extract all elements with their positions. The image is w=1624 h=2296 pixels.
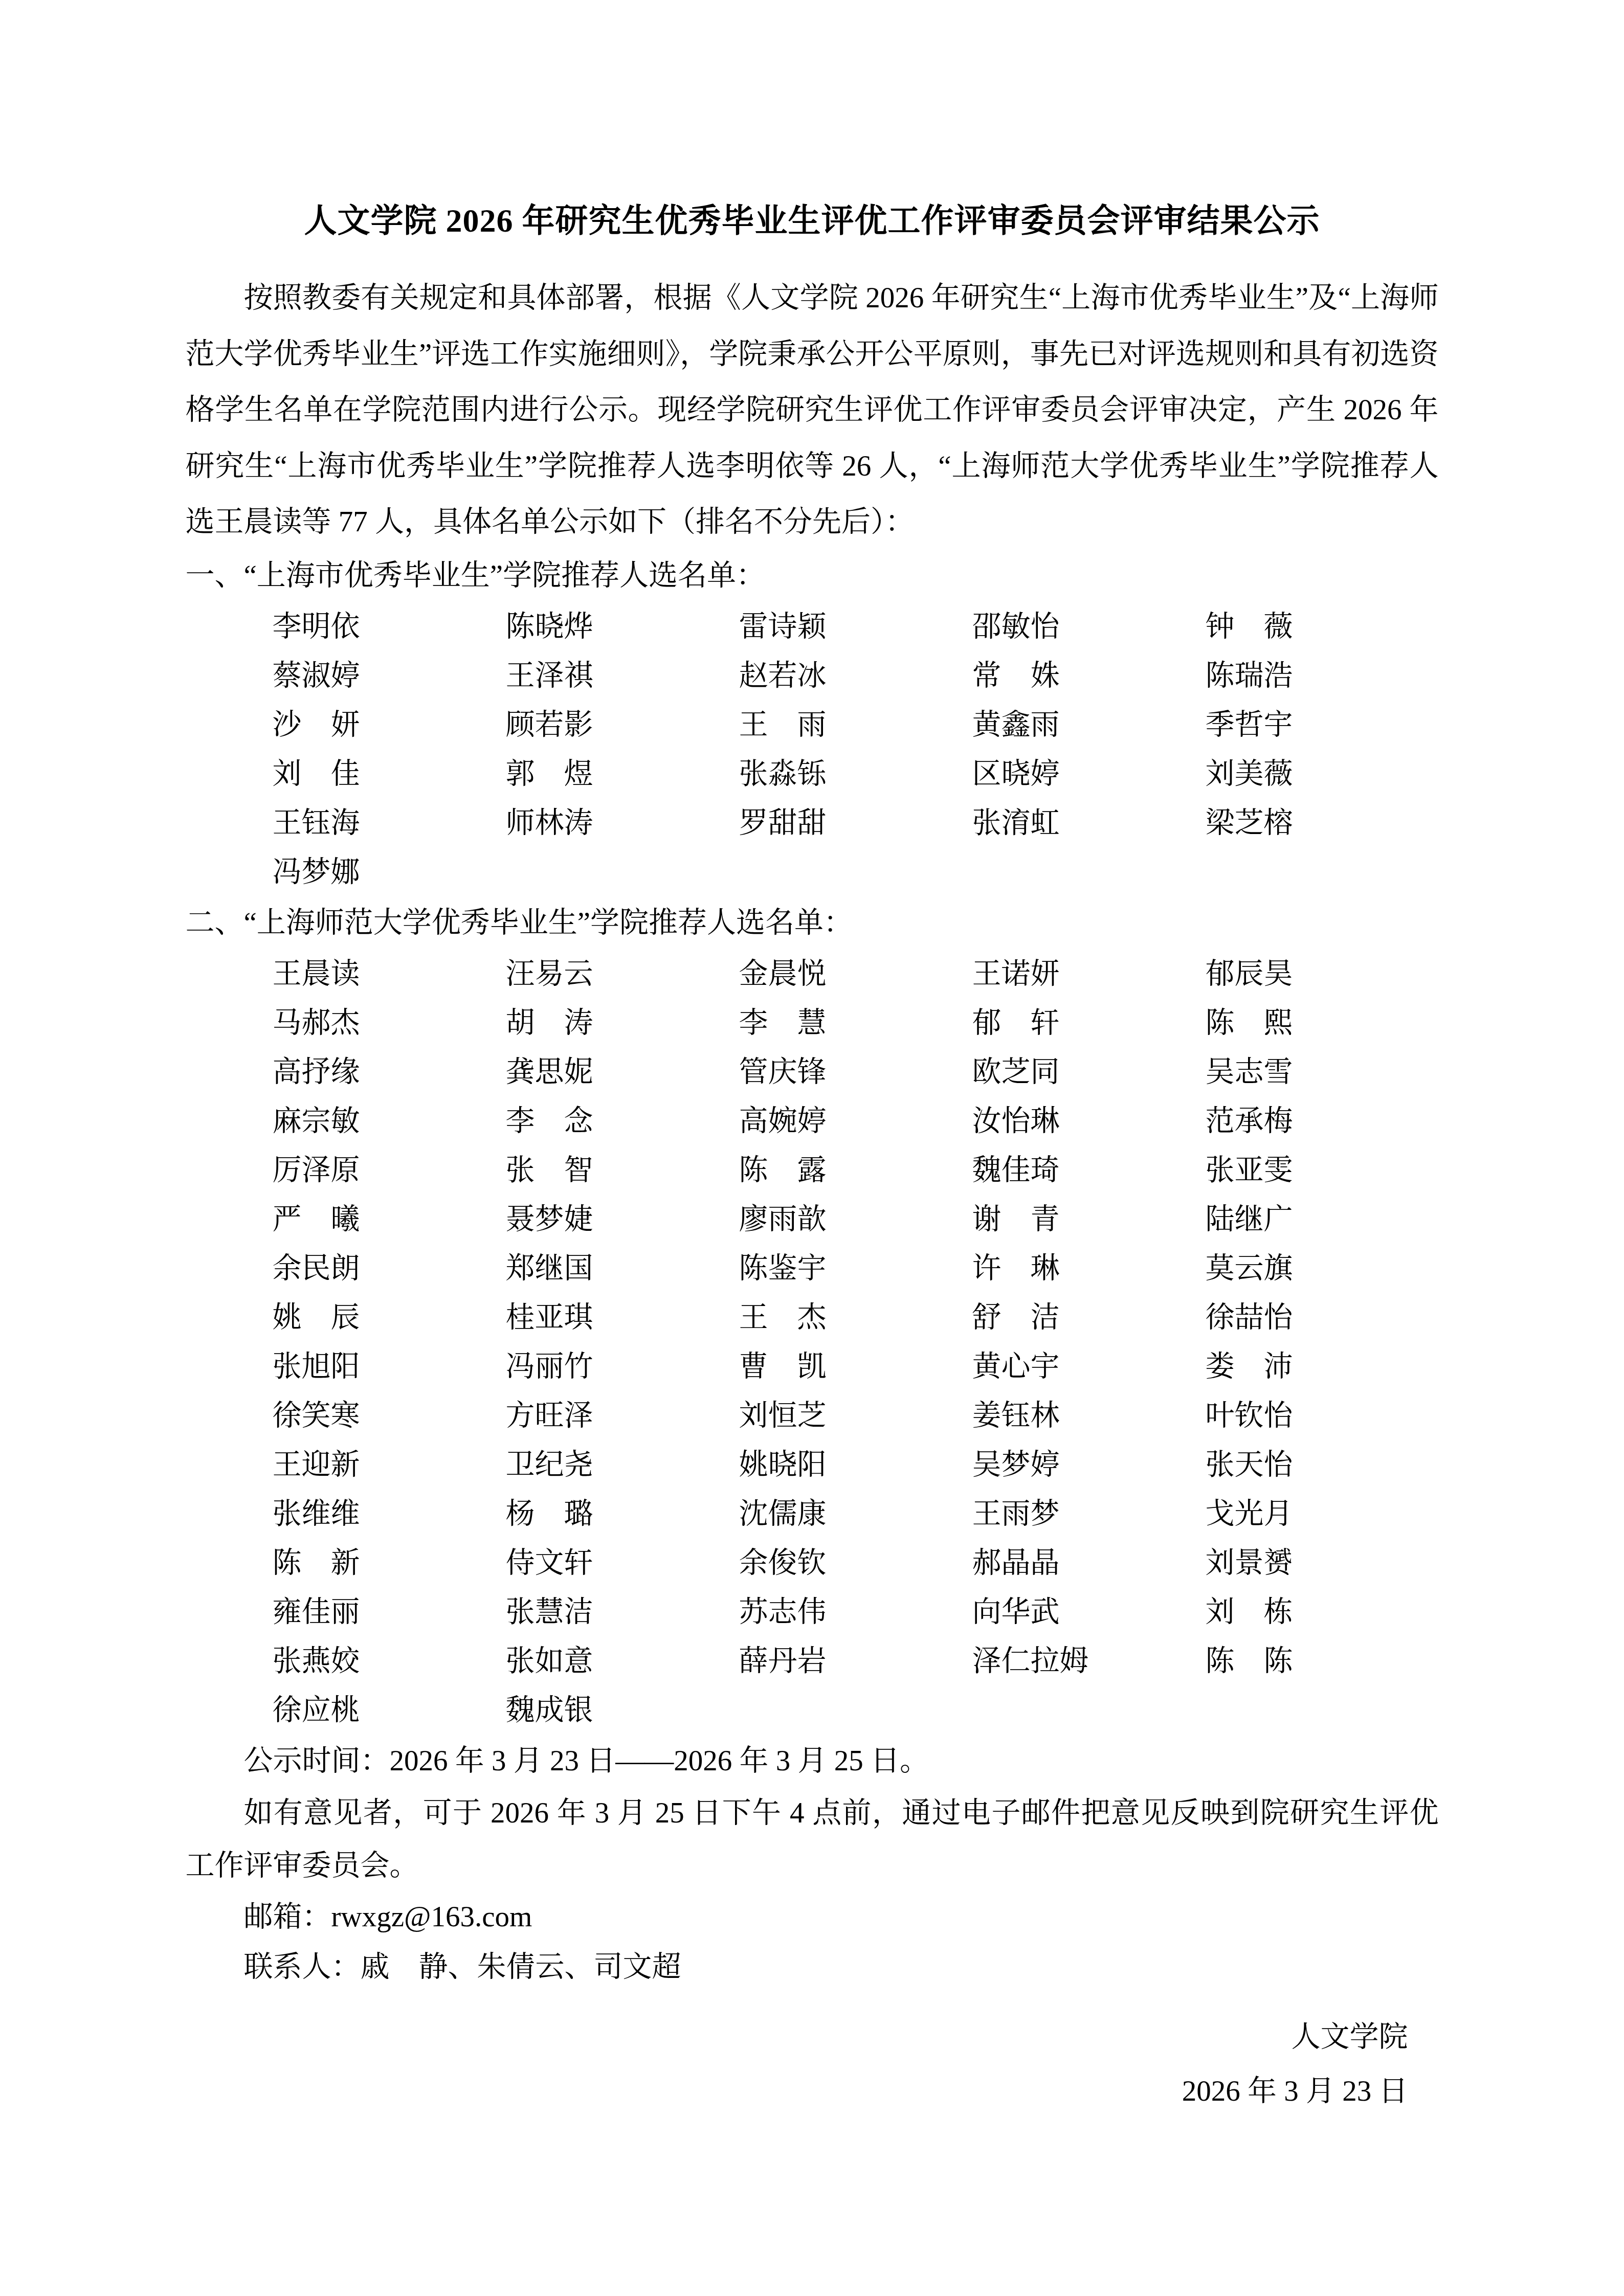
name-item: 王诺妍 <box>972 950 1206 999</box>
name-item: 桂亚琪 <box>506 1293 739 1342</box>
intro-paragraph: 按照教委有关规定和具体部署，根据《人文学院 2026 年研究生“上海市优秀毕业生… <box>186 270 1439 550</box>
name-item: 冯丽竹 <box>506 1342 739 1391</box>
name-item: 汝怡琳 <box>972 1097 1206 1146</box>
name-item: 沈儒康 <box>739 1490 972 1539</box>
name-item: 向华武 <box>972 1588 1206 1637</box>
name-item: 魏佳琦 <box>972 1146 1206 1195</box>
name-item: 张 智 <box>506 1146 739 1195</box>
name-item: 侍文轩 <box>506 1539 739 1588</box>
name-item: 徐应桃 <box>273 1686 506 1735</box>
name-item: 刘 佳 <box>273 750 506 799</box>
name-item: 张淯虹 <box>972 799 1206 848</box>
name-item: 泽仁拉姆 <box>972 1637 1206 1686</box>
name-item: 蔡淑婷 <box>273 651 506 701</box>
name-item: 苏志伟 <box>739 1588 972 1637</box>
name-item: 薛丹岩 <box>739 1637 972 1686</box>
name-item: 吴志雪 <box>1206 1048 1439 1097</box>
name-item: 廖雨歆 <box>739 1195 972 1244</box>
name-item: 姚晓阳 <box>739 1440 972 1490</box>
feedback-note-line: 如有意见者，可于 2026 年 3 月 25 日下午 4 点前，通过电子邮件把意… <box>186 1787 1439 1892</box>
name-item: 刘美薇 <box>1206 750 1439 799</box>
name-item: 陈瑞浩 <box>1206 651 1439 701</box>
signature-org: 人文学院 <box>186 2010 1408 2064</box>
name-item: 麻宗敏 <box>273 1097 506 1146</box>
page-title: 人文学院 2026 年研究生优秀毕业生评优工作评审委员会评审结果公示 <box>186 199 1439 242</box>
name-item: 曹 凯 <box>739 1342 972 1391</box>
document-canvas: { "document": { "title": "人文学院 2026 年研究生… <box>0 0 1624 2296</box>
name-item: 郁辰昊 <box>1206 950 1439 999</box>
name-item: 魏成银 <box>506 1686 739 1735</box>
name-item: 张淼铄 <box>739 750 972 799</box>
name-item: 师林涛 <box>506 799 739 848</box>
name-item: 叶钦怡 <box>1206 1391 1439 1440</box>
name-item: 郁 轩 <box>972 999 1206 1048</box>
name-item: 顾若影 <box>506 701 739 750</box>
section1-heading: 一、“上海市优秀毕业生”学院推荐人选名单： <box>186 550 1439 602</box>
section1-name-list: 李明依陈晓烨雷诗颖邵敏怡钟 薇蔡淑婷王泽祺赵若冰常 姝陈瑞浩沙 妍顾若影王 雨黄… <box>186 602 1439 897</box>
name-item: 梁芝榕 <box>1206 799 1439 848</box>
name-item: 吴梦婷 <box>972 1440 1206 1490</box>
name-item: 胡 涛 <box>506 999 739 1048</box>
name-item: 聂梦婕 <box>506 1195 739 1244</box>
name-item: 黄心宇 <box>972 1342 1206 1391</box>
name-item: 管庆锋 <box>739 1048 972 1097</box>
name-item: 陈 新 <box>273 1539 506 1588</box>
name-item: 欧芝同 <box>972 1048 1206 1097</box>
signature-block: 人文学院 2026 年 3 月 23 日 <box>186 2010 1439 2118</box>
name-item: 余俊钦 <box>739 1539 972 1588</box>
name-item: 余民朗 <box>273 1244 506 1293</box>
name-item: 王雨梦 <box>972 1490 1206 1539</box>
contacts-line: 联系人：戚 静、朱倩云、司文超 <box>186 1942 1439 1992</box>
name-item: 雷诗颖 <box>739 602 972 651</box>
name-item: 范承梅 <box>1206 1097 1439 1146</box>
name-item: 张旭阳 <box>273 1342 506 1391</box>
name-item: 黄鑫雨 <box>972 701 1206 750</box>
name-item: 李 念 <box>506 1097 739 1146</box>
email-line: 邮箱：rwxgz@163.com <box>186 1892 1439 1942</box>
name-item: 冯梦娜 <box>273 848 506 897</box>
name-item: 陆继广 <box>1206 1195 1439 1244</box>
name-item: 舒 洁 <box>972 1293 1206 1342</box>
publicity-period-line: 公示时间：2026 年 3 月 23 日——2026 年 3 月 25 日。 <box>186 1735 1439 1788</box>
name-item: 徐喆怡 <box>1206 1293 1439 1342</box>
name-item: 王 杰 <box>739 1293 972 1342</box>
name-item: 郭 煜 <box>506 750 739 799</box>
name-item: 张慧洁 <box>506 1588 739 1637</box>
name-item: 许 琳 <box>972 1244 1206 1293</box>
name-item: 汪易云 <box>506 950 739 999</box>
section2-heading: 二、“上海师范大学优秀毕业生”学院推荐人选名单： <box>186 897 1439 950</box>
name-item: 方旺泽 <box>506 1391 739 1440</box>
name-item: 高抒缘 <box>273 1048 506 1097</box>
name-item: 王钰海 <box>273 799 506 848</box>
section2-name-list: 王晨读汪易云金晨悦王诺妍郁辰昊马郝杰胡 涛李 慧郁 轩陈 熙高抒缘龚思妮管庆锋欧… <box>186 950 1439 1735</box>
name-item: 区晓婷 <box>972 750 1206 799</box>
name-item: 钟 薇 <box>1206 602 1439 651</box>
name-item: 陈鉴宇 <box>739 1244 972 1293</box>
name-item: 谢 青 <box>972 1195 1206 1244</box>
name-item: 李明依 <box>273 602 506 651</box>
name-item: 厉泽原 <box>273 1146 506 1195</box>
name-item: 王 雨 <box>739 701 972 750</box>
name-item: 张维维 <box>273 1490 506 1539</box>
name-item: 刘景赟 <box>1206 1539 1439 1588</box>
name-item: 卫纪尧 <box>506 1440 739 1490</box>
name-item: 王迎新 <box>273 1440 506 1490</box>
name-item: 马郝杰 <box>273 999 506 1048</box>
name-item: 郝晶晶 <box>972 1539 1206 1588</box>
name-item: 龚思妮 <box>506 1048 739 1097</box>
name-item: 沙 妍 <box>273 701 506 750</box>
name-item: 陈晓烨 <box>506 602 739 651</box>
name-item: 季哲宇 <box>1206 701 1439 750</box>
name-item: 雍佳丽 <box>273 1588 506 1637</box>
name-item: 常 姝 <box>972 651 1206 701</box>
name-item: 郑继国 <box>506 1244 739 1293</box>
name-item: 金晨悦 <box>739 950 972 999</box>
document-page: 人文学院 2026 年研究生优秀毕业生评优工作评审委员会评审结果公示 按照教委有… <box>186 0 1439 2118</box>
name-item: 邵敏怡 <box>972 602 1206 651</box>
name-item: 赵若冰 <box>739 651 972 701</box>
name-item: 严 曦 <box>273 1195 506 1244</box>
name-item: 李 慧 <box>739 999 972 1048</box>
name-item: 徐笑寒 <box>273 1391 506 1440</box>
name-item: 刘恒芝 <box>739 1391 972 1440</box>
name-item: 高婉婷 <box>739 1097 972 1146</box>
name-item: 娄 沛 <box>1206 1342 1439 1391</box>
name-item: 王泽祺 <box>506 651 739 701</box>
name-item: 杨 璐 <box>506 1490 739 1539</box>
name-item: 陈 陈 <box>1206 1637 1439 1686</box>
name-item: 刘 栋 <box>1206 1588 1439 1637</box>
name-item: 张如意 <box>506 1637 739 1686</box>
name-item: 陈 露 <box>739 1146 972 1195</box>
name-item: 张燕姣 <box>273 1637 506 1686</box>
name-item: 姜钰林 <box>972 1391 1206 1440</box>
name-item: 莫云旗 <box>1206 1244 1439 1293</box>
name-item: 王晨读 <box>273 950 506 999</box>
name-item: 罗甜甜 <box>739 799 972 848</box>
name-item: 张亚雯 <box>1206 1146 1439 1195</box>
name-item: 张天怡 <box>1206 1440 1439 1490</box>
name-item: 戈光月 <box>1206 1490 1439 1539</box>
name-item: 陈 熙 <box>1206 999 1439 1048</box>
name-item: 姚 辰 <box>273 1293 506 1342</box>
signature-date: 2026 年 3 月 23 日 <box>186 2064 1408 2118</box>
